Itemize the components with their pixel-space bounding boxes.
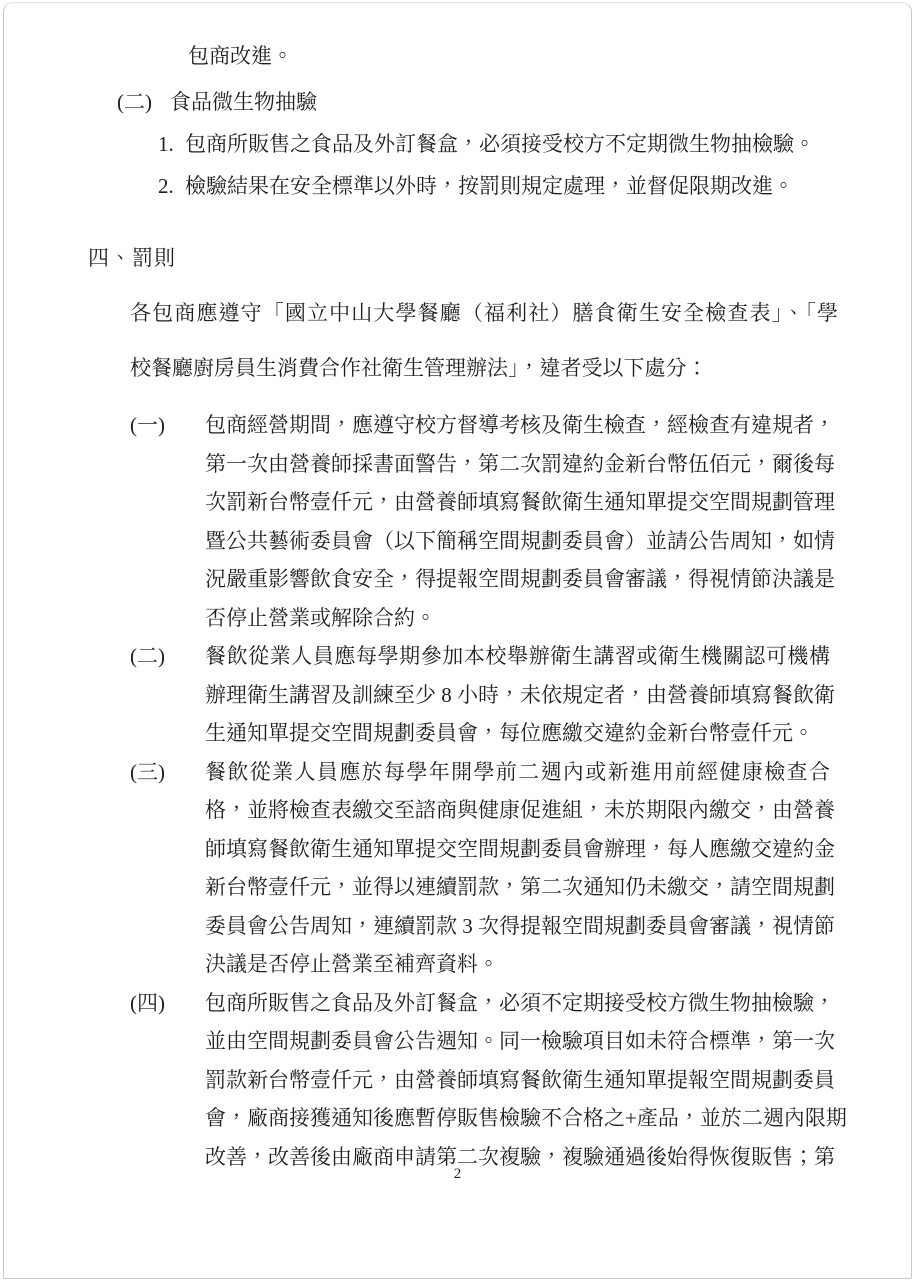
penalty-item-4-row: 會，廠商接獲通知後應暫停販售檢驗不合格之+產品，並於二週內限期 [0, 1099, 915, 1138]
penalty-item-3-row: 決議是否停止營業至補齊資料。 [0, 945, 915, 984]
microbe-item-title: 食品微生物抽驗 [170, 88, 317, 116]
penalty-item-3-row: 格，並將檢查表繳交至諮商與健康促進組，未於期限內繳交，由營養 [0, 791, 915, 830]
body-line: 格，並將檢查表繳交至諮商與健康促進組，未於期限內繳交，由營養 [205, 791, 830, 830]
penalty-item-4-row: 並由空間規劃委員會公告週知。同一檢驗項目如未符合標準，第一次 [0, 1022, 915, 1061]
penalty-item-marker: (三) [130, 753, 165, 792]
page-number: 2 [0, 1164, 915, 1184]
section-heading: 四、罰則 [88, 244, 176, 272]
body-line: 師填寫餐飲衛生通知單提交空間規劃委員會辦理，每人應繳交違約金 [205, 830, 830, 869]
penalty-list: (一) 包商經營期間，應遵守校方督導考核及衛生檢查，經檢查有違規者， 第一次由營… [0, 406, 915, 1176]
microbe-item-marker: (二) [117, 88, 152, 116]
microbe-subitem-1: 1. 包商所販售之食品及外訂餐盒，必須接受校方不定期微生物抽檢驗。 [0, 130, 915, 160]
penalty-item-3-row: 新台幣壹仟元，並得以連續罰款，第二次通知仍未繳交，請空間規劃 [0, 868, 915, 907]
penalty-item-4-row: (四) 包商所販售之食品及外訂餐盒，必須不定期接受校方微生物抽檢驗， [0, 984, 915, 1023]
body-line: 包商所販售之食品及外訂餐盒，必須不定期接受校方微生物抽檢驗， [205, 984, 830, 1023]
penalty-item-1-row: 否停止營業或解除合約。 [0, 599, 915, 638]
body-line: 辦理衛生講習及訓練至少 8 小時，未依規定者，由營養師填寫餐飲衛 [205, 676, 830, 715]
body-line: 餐飲從業人員應每學期參加本校舉辦衛生講習或衛生機關認可機構 [205, 637, 830, 676]
penalty-item-3-row: 師填寫餐飲衛生通知單提交空間規劃委員會辦理，每人應繳交違約金 [0, 830, 915, 869]
penalty-item-marker: (二) [130, 637, 165, 676]
penalty-item-3-row: (三) 餐飲從業人員應於每學年開學前二週內或新進用前經健康檢查合 [0, 753, 915, 792]
penalty-item-2-row: 生通知單提交空間規劃委員會，每位應繳交違約金新台幣壹仟元。 [0, 714, 915, 753]
penalty-item-1-row: 次罰新台幣壹仟元，由營養師填寫餐飲衛生通知單提交空間規劃管理 [0, 483, 915, 522]
section-intro-line-1: 各包商應遵守「國立中山大學餐廳（福利社）膳食衛生安全檢查表」、「學 [130, 299, 838, 327]
body-line: 次罰新台幣壹仟元，由營養師填寫餐飲衛生通知單提交空間規劃管理 [205, 483, 830, 522]
penalty-item-1-row: (一) 包商經營期間，應遵守校方督導考核及衛生檢查，經檢查有違規者， [0, 406, 915, 445]
subitem-text: 包商所販售之食品及外訂餐盒，必須接受校方不定期微生物抽檢驗。 [185, 130, 815, 158]
body-line: 況嚴重影響飲食安全，得提報空間規劃委員會審議，得視情節決議是 [205, 560, 830, 599]
penalty-item-1-row: 第一次由營養師採書面警告，第二次罰違約金新台幣伍佰元，爾後每 [0, 445, 915, 484]
penalty-item-3-row: 委員會公告周知，連續罰款 3 次得提報空間規劃委員會審議，視情節 [0, 907, 915, 946]
body-line: 餐飲從業人員應於每學年開學前二週內或新進用前經健康檢查合 [205, 753, 830, 792]
penalty-item-2-row: (二) 餐飲從業人員應每學期參加本校舉辦衛生講習或衛生機關認可機構 [0, 637, 915, 676]
penalty-item-1-row: 況嚴重影響飲食安全，得提報空間規劃委員會審議，得視情節決議是 [0, 560, 915, 599]
body-line: 並由空間規劃委員會公告週知。同一檢驗項目如未符合標準，第一次 [205, 1022, 830, 1061]
body-line: 會，廠商接獲通知後應暫停販售檢驗不合格之+產品，並於二週內限期 [205, 1099, 830, 1138]
penalty-item-4-row: 罰款新台幣壹仟元，由營養師填寫餐飲衛生通知單提報空間規劃委員 [0, 1061, 915, 1100]
penalty-item-2-row: 辦理衛生講習及訓練至少 8 小時，未依規定者，由營養師填寫餐飲衛 [0, 676, 915, 715]
body-line: 生通知單提交空間規劃委員會，每位應繳交違約金新台幣壹仟元。 [205, 714, 830, 753]
microbe-item-heading-row: (二) 食品微生物抽驗 [0, 88, 915, 118]
carryover-line: 包商改進。 [188, 42, 293, 70]
penalty-item-marker: (一) [130, 406, 165, 445]
microbe-subitem-2: 2. 檢驗結果在安全標準以外時，按罰則規定處理，並督促限期改進。 [0, 172, 915, 202]
body-line: 包商經營期間，應遵守校方督導考核及衛生檢查，經檢查有違規者， [205, 406, 830, 445]
body-line: 決議是否停止營業至補齊資料。 [205, 945, 830, 984]
penalty-item-marker: (四) [130, 984, 165, 1023]
body-line: 委員會公告周知，連續罰款 3 次得提報空間規劃委員會審議，視情節 [205, 907, 830, 946]
body-line: 第一次由營養師採書面警告，第二次罰違約金新台幣伍佰元，爾後每 [205, 445, 830, 484]
subitem-number: 2. [158, 172, 174, 200]
section-intro-line-2: 校餐廳廚房員生消費合作社衛生管理辦法」，違者受以下處分： [130, 354, 838, 382]
body-line: 新台幣壹仟元，並得以連續罰款，第二次通知仍未繳交，請空間規劃 [205, 868, 830, 907]
body-line: 否停止營業或解除合約。 [205, 599, 830, 638]
body-line: 罰款新台幣壹仟元，由營養師填寫餐飲衛生通知單提報空間規劃委員 [205, 1061, 830, 1100]
penalty-item-1-row: 暨公共藝術委員會（以下簡稱空間規劃委員會）並請公告周知，如情 [0, 522, 915, 561]
body-line: 暨公共藝術委員會（以下簡稱空間規劃委員會）並請公告周知，如情 [205, 522, 830, 561]
subitem-text: 檢驗結果在安全標準以外時，按罰則規定處理，並督促限期改進。 [185, 172, 794, 200]
subitem-number: 1. [158, 130, 174, 158]
document-page: 包商改進。 (二) 食品微生物抽驗 1. 包商所販售之食品及外訂餐盒，必須接受校… [0, 0, 915, 1283]
